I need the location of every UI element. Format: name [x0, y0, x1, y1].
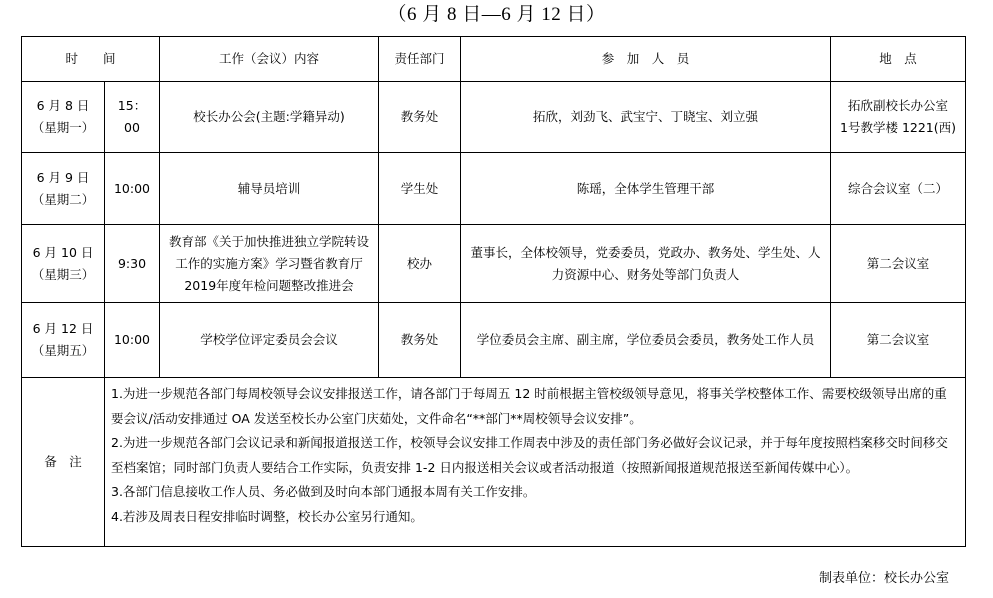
header-content: 工作（会议）内容	[160, 37, 379, 82]
weekday: （星期三）	[26, 264, 100, 286]
table-row: 6 月 10 日（星期三） 9:30 教育部《关于加快推进独立学院转设工作的实施…	[22, 225, 966, 303]
participants-cell: 董事长，全体校领导，党委委员，党政办、教务处、学生处、人力资源中心、财务处等部门…	[461, 225, 831, 303]
content-cell: 学校学位评定委员会会议	[160, 303, 379, 378]
location-line: 1号教学楼 1221(西)	[835, 117, 961, 139]
table-row: 6 月 12 日（星期五） 10:00 学校学位评定委员会会议 教务处 学位委员…	[22, 303, 966, 378]
note-item: 1.为进一步规范各部门每周校领导会议安排报送工作，请各部门于每周五 12 时前根…	[111, 382, 959, 431]
time-cell: 10:00	[105, 303, 160, 378]
content-cell: 校长办公会(主题:学籍异动)	[160, 82, 379, 153]
participants-cell: 学位委员会主席、副主席，学位委员会委员，教务处工作人员	[461, 303, 831, 378]
participants-cell: 陈瑶，全体学生管理干部	[461, 153, 831, 225]
location-cell: 第二会议室	[831, 303, 966, 378]
header-location: 地 点	[831, 37, 966, 82]
weekday: （星期二）	[26, 189, 100, 211]
issuing-unit: 制表单位：校长办公室	[819, 567, 949, 586]
department-cell: 教务处	[379, 303, 461, 378]
header-department: 责任部门	[379, 37, 461, 82]
department-cell: 学生处	[379, 153, 461, 225]
location-cell: 第二会议室	[831, 225, 966, 303]
table-header-row: 时 间 工作（会议）内容 责任部门 参 加 人 员 地 点	[22, 37, 966, 82]
department-cell: 校办	[379, 225, 461, 303]
time-cell: 10:00	[105, 153, 160, 225]
note-item: 2.为进一步规范各部门会议记录和新闻报道报送工作，校领导会议安排工作周表中涉及的…	[111, 431, 959, 480]
time-cell: 9:30	[105, 225, 160, 303]
header-participants: 参 加 人 员	[461, 37, 831, 82]
department-cell: 教务处	[379, 82, 461, 153]
date-cell: 6 月 10 日（星期三）	[22, 225, 105, 303]
participants-cell: 拓欣，刘劲飞、武宝宁、丁晓宝、刘立强	[461, 82, 831, 153]
weekday: （星期五）	[26, 340, 100, 362]
notes-row: 备 注 1.为进一步规范各部门每周校领导会议安排报送工作，请各部门于每周五 12…	[22, 378, 966, 547]
notes-content: 1.为进一步规范各部门每周校领导会议安排报送工作，请各部门于每周五 12 时前根…	[105, 378, 966, 547]
content-cell: 教育部《关于加快推进独立学院转设工作的实施方案》学习暨省教育厅2019年度年检问…	[160, 225, 379, 303]
date-cell: 6 月 9 日（星期二）	[22, 153, 105, 225]
header-time: 时 间	[22, 37, 160, 82]
table-row: 6 月 9 日（星期二） 10:00 辅导员培训 学生处 陈瑶，全体学生管理干部…	[22, 153, 966, 225]
date-cell: 6 月 12 日（星期五）	[22, 303, 105, 378]
location-cell: 综合会议室（二）	[831, 153, 966, 225]
weekly-schedule-table: 时 间 工作（会议）内容 责任部门 参 加 人 员 地 点 6 月 8 日（星期…	[21, 36, 966, 547]
location-cell: 拓欣副校长办公室1号教学楼 1221(西)	[831, 82, 966, 153]
weekday: （星期一）	[26, 117, 100, 139]
notes-label: 备 注	[22, 378, 105, 547]
content-cell: 辅导员培训	[160, 153, 379, 225]
date: 6 月 12 日	[26, 318, 100, 340]
location-line: 拓欣副校长办公室	[835, 95, 961, 117]
table-row: 6 月 8 日（星期一） 15： 00 校长办公会(主题:学籍异动) 教务处 拓…	[22, 82, 966, 153]
date-cell: 6 月 8 日（星期一）	[22, 82, 105, 153]
note-item: 3.各部门信息接收工作人员、务必做到及时向本部门通报本周有关工作安排。	[111, 480, 959, 505]
time-cell: 15： 00	[105, 82, 160, 153]
date: 6 月 10 日	[26, 242, 100, 264]
schedule-title: （6 月 8 日—6 月 12 日）	[0, 2, 993, 28]
date: 6 月 9 日	[26, 167, 100, 189]
date: 6 月 8 日	[26, 95, 100, 117]
note-item: 4.若涉及周表日程安排临时调整，校长办公室另行通知。	[111, 505, 959, 530]
